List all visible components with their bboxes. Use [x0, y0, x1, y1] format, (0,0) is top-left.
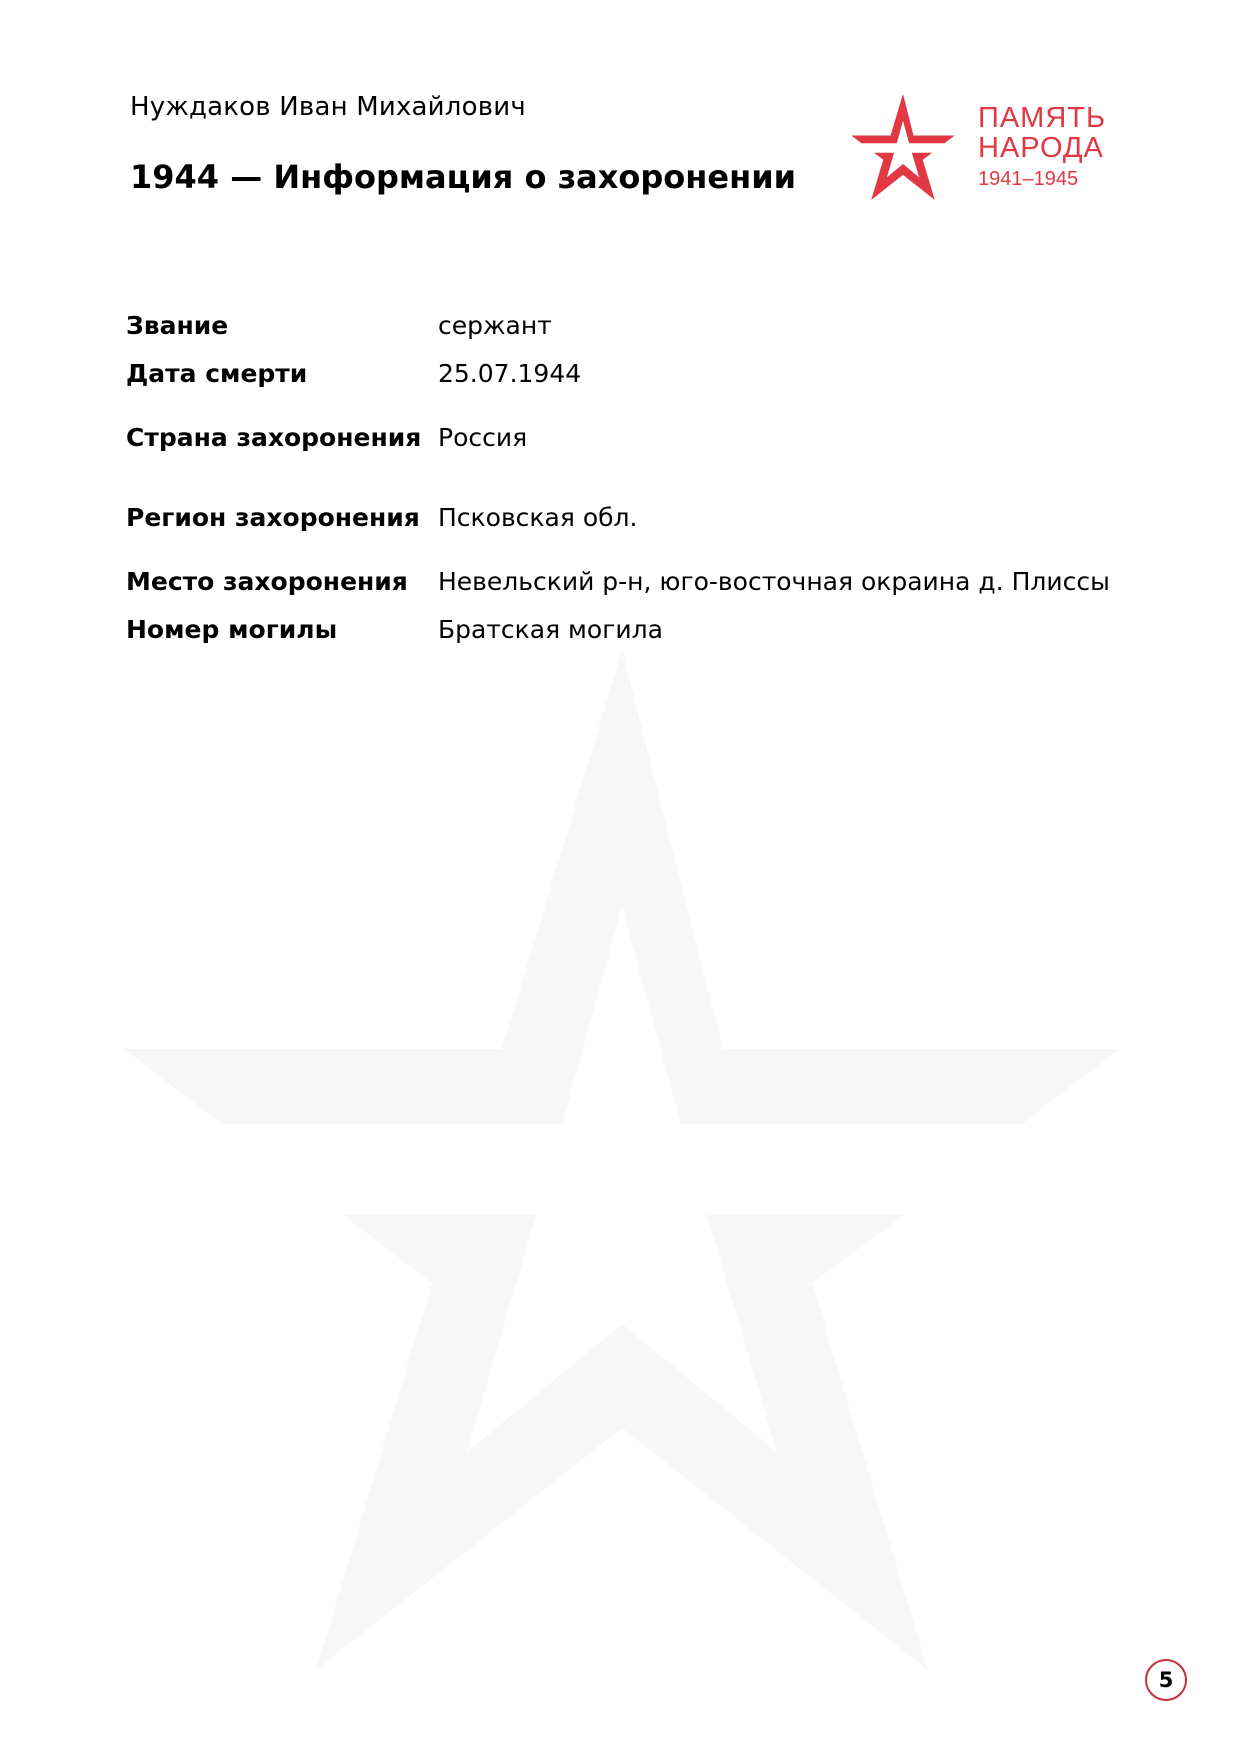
field-row-rank: Звание сержант [126, 302, 1126, 350]
field-row-burial-region: Регион захоронения Псковская обл. [126, 478, 1126, 558]
field-value: сержант [438, 302, 1126, 350]
star-watermark-icon [0, 0, 1241, 1754]
page-title: 1944 — Информация о захоронении [130, 158, 796, 196]
red-star-icon [848, 94, 958, 200]
logo-text-line1: ПАМЯТЬ [978, 102, 1106, 135]
field-label: Регион захоронения [126, 478, 438, 558]
field-label: Звание [126, 302, 438, 350]
field-value: Псковская обл. [438, 478, 1126, 558]
person-name: Нуждаков Иван Михайлович [130, 92, 526, 122]
burial-info-table: Звание сержант Дата смерти 25.07.1944 Ст… [126, 302, 1126, 654]
field-row-burial-place: Место захоронения Невельский р-н, юго-во… [126, 558, 1126, 606]
field-value: Россия [438, 398, 1126, 478]
logo-text-line2: НАРОДА [978, 132, 1104, 165]
field-label: Страна захоронения [126, 398, 438, 478]
field-row-burial-country: Страна захоронения Россия [126, 398, 1126, 478]
field-label: Дата смерти [126, 350, 438, 398]
page-number: 5 [1145, 1659, 1187, 1701]
field-row-grave-number: Номер могилы Братская могила [126, 606, 1126, 654]
field-value: 25.07.1944 [438, 350, 1126, 398]
field-value: Невельский р-н, юго-восточная окраина д.… [438, 558, 1126, 606]
field-label: Место захоронения [126, 558, 438, 606]
field-row-death-date: Дата смерти 25.07.1944 [126, 350, 1126, 398]
field-label: Номер могилы [126, 606, 438, 654]
logo-years: 1941–1945 [978, 168, 1078, 191]
field-value: Братская могила [438, 606, 1126, 654]
pamyat-naroda-logo: ПАМЯТЬ НАРОДА 1941–1945 [848, 94, 1118, 204]
